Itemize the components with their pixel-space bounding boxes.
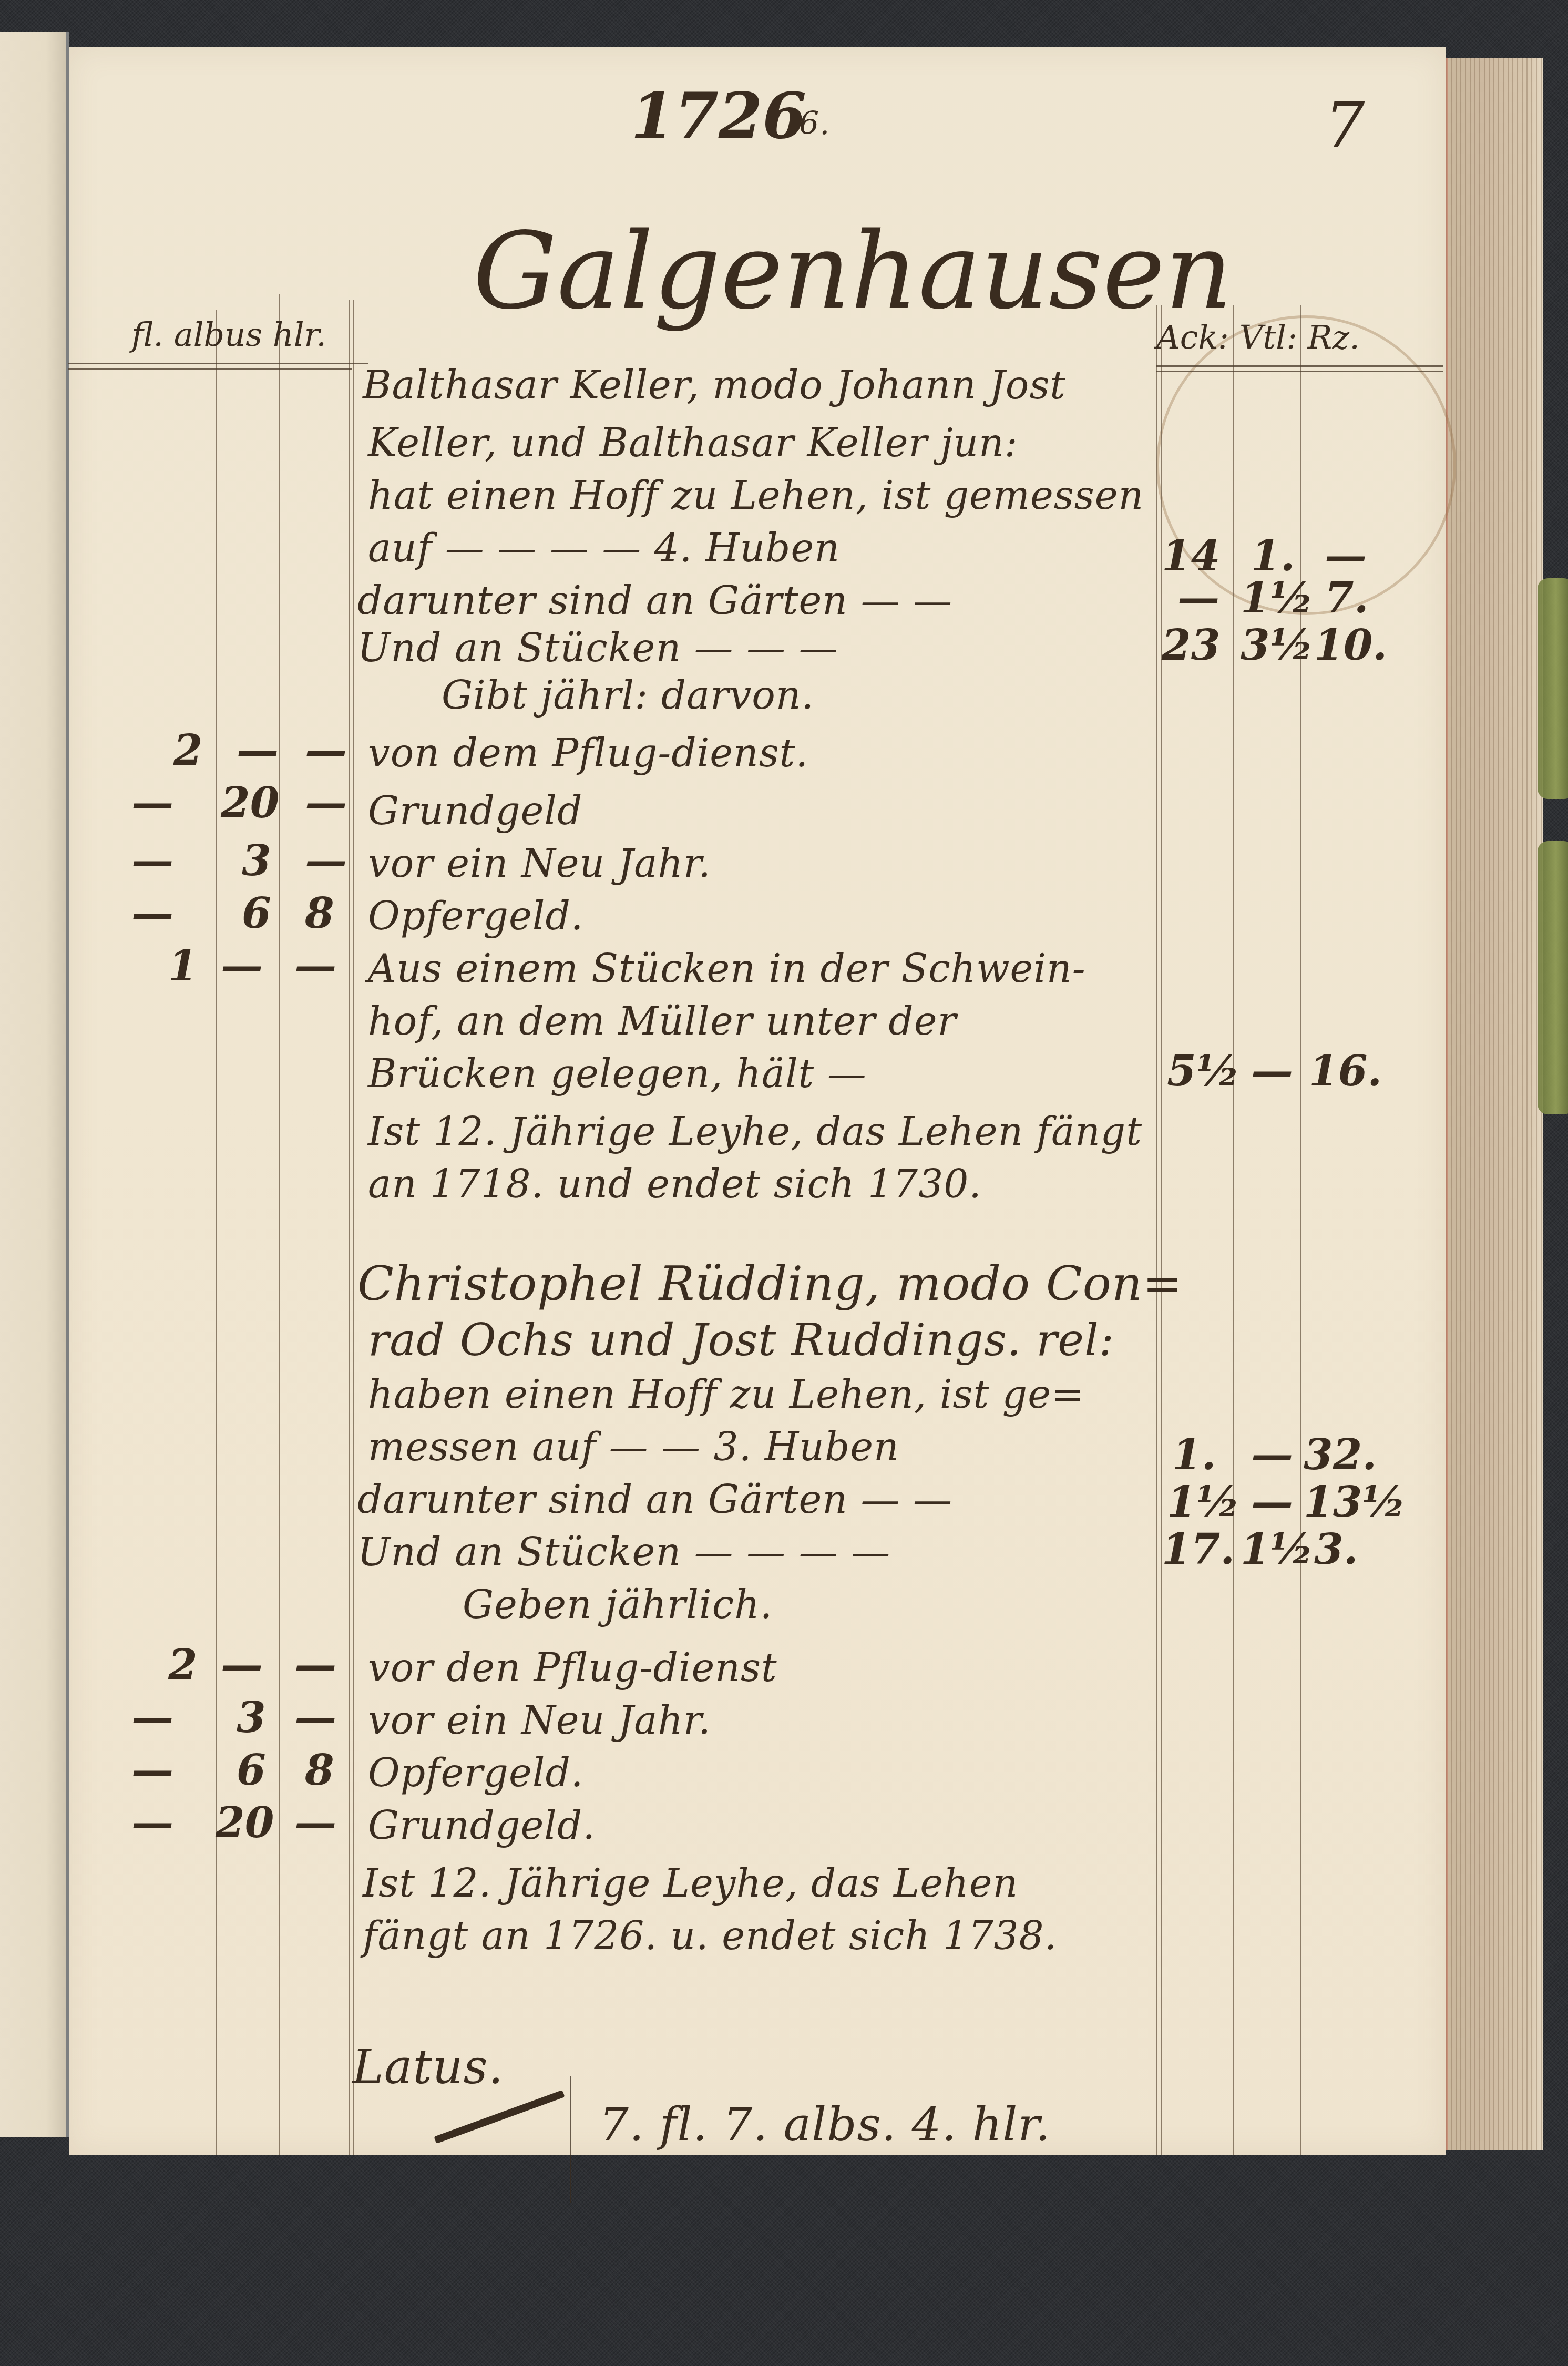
- measure-vtl: —: [1251, 1477, 1293, 1527]
- entry-line: fängt an 1726. u. endet sich 1738.: [363, 1913, 1057, 1959]
- measure-ack: 5½: [1167, 1046, 1240, 1095]
- due-text: vor ein Neu Jahr.: [368, 841, 711, 886]
- due-alb: —: [221, 1640, 263, 1689]
- entry-line: darunter sind an Gärten — —: [357, 1477, 952, 1522]
- due-hlr: —: [294, 941, 336, 990]
- due-hlr: —: [305, 725, 347, 775]
- left-column-header: fl. albus hlr.: [131, 315, 326, 354]
- measure-ack: —: [1177, 573, 1219, 622]
- entry-line: Gibt jährl: darvon.: [442, 673, 814, 718]
- due-hlr: —: [305, 778, 347, 827]
- measure-vtl: 1½: [1241, 573, 1314, 622]
- entry-line: haben einen Hoff zu Lehen, ist ge=: [368, 1372, 1084, 1417]
- measure-ruth: 16.: [1309, 1046, 1382, 1095]
- measure-ack: 1½: [1167, 1477, 1240, 1527]
- due-alb: —: [237, 725, 279, 775]
- header-rule-left: [68, 363, 368, 364]
- entry-line: hof, an dem Müller unter der: [368, 999, 957, 1044]
- due-text: Opfergeld.: [368, 894, 583, 939]
- latus-total: 7. fl. 7. albs. 4. hlr.: [599, 2097, 1051, 2152]
- due-text: Aus einem Stücken in der Schwein-: [368, 946, 1086, 991]
- page-number: 7: [1325, 89, 1365, 162]
- measure-vtl: —: [1251, 1046, 1293, 1095]
- header-rule-right: [1156, 365, 1443, 367]
- column-rule-hlr: [349, 300, 350, 2155]
- due-alb: 6: [242, 888, 271, 938]
- entry-line: rad Ochs und Jost Ruddings. rel:: [368, 1314, 1114, 1366]
- measure-ack: 23: [1162, 620, 1220, 670]
- due-text: Opfergeld.: [368, 1750, 583, 1796]
- facing-page-edge: [0, 32, 69, 2137]
- column-rule-ack-double: [1161, 305, 1162, 2155]
- measure-vtl: 1½: [1241, 1524, 1314, 1574]
- entry-line: Ist 12. Jährige Leyhe, das Lehen fängt: [368, 1109, 1142, 1154]
- entry-line: darunter sind an Gärten — —: [357, 578, 952, 623]
- due-fl: 2: [173, 725, 203, 775]
- due-fl: 1: [168, 941, 198, 990]
- column-rule-fl: [216, 310, 217, 2155]
- measure-ruth: 7.: [1325, 573, 1369, 622]
- due-text: vor ein Neu Jahr.: [368, 1698, 711, 1743]
- entry-line: hat einen Hoff zu Lehen, ist gemessen: [368, 473, 1144, 518]
- book-fore-edge: [1446, 58, 1543, 2150]
- entry-line: auf — — — — 4. Huben: [368, 526, 840, 571]
- due-hlr: —: [294, 1693, 336, 1742]
- due-text: Grundgeld.: [368, 1803, 596, 1848]
- due-fl: —: [131, 1798, 173, 1847]
- header-rule-right-double: [1156, 371, 1443, 372]
- due-text: vor den Pflug-dienst: [368, 1645, 777, 1691]
- due-hlr: —: [294, 1798, 336, 1847]
- due-fl: —: [131, 888, 173, 938]
- right-column-header: Ack: Vtl: Rz.: [1156, 318, 1360, 356]
- due-hlr: —: [294, 1640, 336, 1689]
- entry-line: Geben jährlich.: [463, 1582, 773, 1627]
- measure-ack: 17.: [1162, 1524, 1235, 1574]
- entry-line: an 1718. und endet sich 1730.: [368, 1162, 982, 1207]
- entry-line: messen auf — — 3. Huben: [368, 1425, 899, 1470]
- measure-vtl: —: [1251, 1430, 1293, 1479]
- due-fl: 2: [168, 1640, 198, 1689]
- entry-line: Keller, und Balthasar Keller jun:: [368, 421, 1018, 466]
- year-suffix: 6.: [799, 105, 830, 142]
- header-rule-left-double: [68, 368, 352, 370]
- ribbon-marker: [1538, 841, 1568, 1114]
- measure-ruth: 3.: [1314, 1524, 1358, 1574]
- due-alb: 6: [237, 1745, 266, 1795]
- entry-line: Und an Stücken — — —: [357, 626, 838, 671]
- due-alb: —: [221, 941, 263, 990]
- entry-line: Christophel Rüdding, modo Con=: [357, 1256, 1183, 1312]
- due-fl: —: [131, 1693, 173, 1742]
- column-rule-hlr-double: [353, 300, 354, 2155]
- place-heading: Galgenhausen: [473, 210, 1233, 333]
- entry-line: Und an Stücken — — — —: [357, 1530, 890, 1575]
- column-rule-ack: [1156, 305, 1157, 2155]
- measure-ruth: 13½: [1304, 1477, 1406, 1527]
- flourish-stroke: [570, 2076, 571, 2203]
- due-fl: —: [131, 1745, 173, 1795]
- column-rule-alb: [279, 294, 280, 2155]
- due-hlr: 8: [305, 1745, 334, 1795]
- latus-label: Latus.: [352, 2040, 504, 2095]
- due-alb: 20: [216, 1798, 274, 1847]
- due-alb: 3: [237, 1693, 266, 1742]
- ribbon-marker: [1538, 578, 1568, 799]
- measure-vtl: 3½: [1241, 620, 1314, 670]
- due-text: von dem Pflug-dienst.: [368, 731, 808, 776]
- due-alb: 20: [221, 778, 279, 827]
- entry-line: Brücken gelegen, hält —: [368, 1051, 867, 1097]
- entry-line: Balthasar Keller, modo Johann Jost: [363, 363, 1066, 408]
- entry-line: Ist 12. Jährige Leyhe, das Lehen: [363, 1861, 1018, 1906]
- due-hlr: —: [305, 836, 347, 885]
- measure-ruth: 32.: [1304, 1430, 1377, 1479]
- year-heading: 1726: [631, 79, 806, 153]
- due-fl: —: [131, 836, 173, 885]
- due-fl: —: [131, 778, 173, 827]
- measure-ack: 1.: [1172, 1430, 1216, 1479]
- measure-ruth: 10.: [1314, 620, 1387, 670]
- column-rule-vtl: [1233, 305, 1234, 2155]
- due-hlr: 8: [305, 888, 334, 938]
- due-text: Grundgeld: [368, 788, 582, 834]
- due-alb: 3: [242, 836, 271, 885]
